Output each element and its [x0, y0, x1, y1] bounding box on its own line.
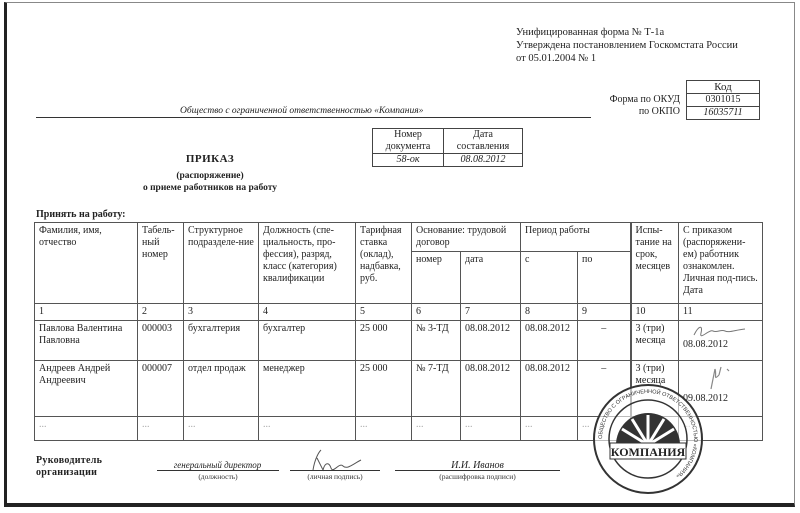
form-line: от 05.01.2004 № 1 [516, 52, 738, 65]
signature-icon [689, 323, 749, 339]
col-number: 5 [356, 304, 412, 321]
cell-ack: 08.08.2012 [679, 321, 763, 361]
organization-name: Общество с ограниченной ответственностью… [180, 106, 423, 116]
cell-empty: ... [138, 417, 184, 441]
cell-contract-num: № 3-ТД [412, 321, 461, 361]
cell-rate: 25 000 [356, 361, 412, 417]
col-number: 6 [412, 304, 461, 321]
footer-label-line: Руководитель [36, 455, 102, 467]
position-line [157, 470, 279, 471]
cell-to: – [578, 321, 631, 361]
col-header: Структурное подразделе-ние [184, 223, 259, 304]
okpo-label: по ОКПО [590, 106, 680, 117]
cell-position: бухгалтер [259, 321, 356, 361]
cell-from: 08.08.2012 [521, 361, 578, 417]
cell-dept: отдел продаж [184, 361, 259, 417]
signature-icon [697, 363, 757, 393]
cell-trial: 3 (три) месяца [631, 321, 679, 361]
col-header: С приказом (распоряжени-ем) работник озн… [679, 223, 763, 304]
doc-date-label: Дата составления [444, 129, 523, 154]
col-header: дата [461, 252, 521, 304]
ack-date: 08.08.2012 [683, 339, 758, 351]
col-number: 2 [138, 304, 184, 321]
cell-tab: 000007 [138, 361, 184, 417]
col-number: 3 [184, 304, 259, 321]
cell-name: Андреев Андрей Андреевич [35, 361, 138, 417]
form-line: Унифицированная форма № Т-1а [516, 26, 738, 39]
cell-contract-date: 08.08.2012 [461, 321, 521, 361]
cell-empty: ... [259, 417, 356, 441]
code-header: Код [687, 81, 760, 94]
position-caption: (должность) [157, 472, 279, 481]
title-sub: (распоряжение) [60, 171, 360, 181]
cell-from: 08.08.2012 [521, 321, 578, 361]
col-number: 11 [679, 304, 763, 321]
col-header: Фамилия, имя, отчество [35, 223, 138, 304]
col-header: Испы-тание на срок, месяцев [631, 223, 679, 304]
form-header: Унифицированная форма № Т-1а Утверждена … [516, 26, 738, 65]
organization-underline [36, 117, 591, 118]
col-header: Основание: трудовой договор [412, 223, 521, 252]
cell-rate: 25 000 [356, 321, 412, 361]
okud-value: 0301015 [687, 94, 760, 107]
col-header: Должность (спе-циальность, про-фессия), … [259, 223, 356, 304]
page-title: ПРИКАЗ [60, 153, 360, 165]
cell-name: Павлова Валентина Павловна [35, 321, 138, 361]
cell-empty: ... [412, 417, 461, 441]
col-number: 9 [578, 304, 631, 321]
name-line [395, 470, 560, 471]
director-position: генеральный директор [160, 460, 275, 470]
okpo-value: 16035711 [687, 107, 760, 120]
name-caption: (расшифровка подписи) [395, 472, 560, 481]
col-number: 7 [461, 304, 521, 321]
col-number: 1 [35, 304, 138, 321]
svg-text:КОМПАНИЯ: КОМПАНИЯ [611, 445, 686, 459]
doc-date: 08.08.2012 [444, 154, 523, 167]
column-numbers-row: 1 2 3 4 5 6 7 8 9 10 11 [35, 304, 763, 321]
company-stamp-icon: ОБЩЕСТВО С ОГРАНИЧЕННОЙ ОТВЕТСТВЕННОСТЬЮ… [592, 383, 704, 495]
form-line: Утверждена постановлением Госкомстата Ро… [516, 39, 738, 52]
cell-contract-num: № 7-ТД [412, 361, 461, 417]
document-number-table: Номер документа Дата составления 58-ок 0… [372, 128, 523, 167]
col-number: 8 [521, 304, 578, 321]
table-row: Павлова Валентина Павловна 000003 бухгал… [35, 321, 763, 361]
cell-empty: ... [356, 417, 412, 441]
signature-line [290, 470, 380, 471]
col-header: по [578, 252, 631, 304]
col-number: 10 [631, 304, 679, 321]
col-header: номер [412, 252, 461, 304]
col-number: 4 [259, 304, 356, 321]
cell-empty: ... [461, 417, 521, 441]
col-header: Период работы [521, 223, 631, 252]
col-header: Тарифная ставка (оклад), надбавка, руб. [356, 223, 412, 304]
signature-caption: (личная подпись) [290, 472, 380, 481]
cell-empty: ... [184, 417, 259, 441]
col-header: с [521, 252, 578, 304]
accept-label: Принять на работу: [36, 209, 126, 220]
cell-empty: ... [521, 417, 578, 441]
cell-tab: 000003 [138, 321, 184, 361]
doc-number-label: Номер документа [373, 129, 444, 154]
code-table: Код 0301015 16035711 [686, 80, 760, 120]
title-sub: о приеме работников на работу [60, 183, 360, 193]
footer-label: Руководитель организации [36, 455, 102, 479]
okud-label: Форма по ОКУД [590, 94, 680, 105]
cell-empty: ... [35, 417, 138, 441]
col-header: Табель-ный номер [138, 223, 184, 304]
cell-position: менеджер [259, 361, 356, 417]
footer-label-line: организации [36, 467, 102, 479]
doc-number: 58-ок [373, 154, 444, 167]
cell-contract-date: 08.08.2012 [461, 361, 521, 417]
cell-dept: бухгалтерия [184, 321, 259, 361]
